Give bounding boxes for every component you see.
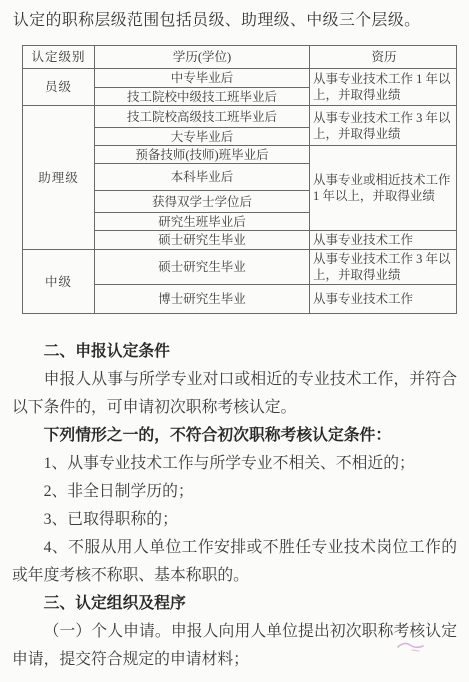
intro-text: 认定的职称层级范围包括员级、助理级、中级三个层级。 [13, 10, 455, 32]
table-row: 助理级 技工院校高级技工班毕业后 从事专业技术工作 3 年以上，并取得业绩 [23, 106, 457, 128]
paragraph-eligibility: 申报人从事与所学专业对口或相近的专业技术工作，并符合以下条件的，可申请初次职称考… [12, 366, 457, 422]
paragraph-individual-application: （一）个人申请。申报人向用人单位提出初次职称考核认定申请，提交符合规定的申请材料… [12, 618, 457, 674]
exp-cell: 从事专业技术工作 1 年以上，并取得业绩 [310, 69, 457, 106]
exp-cell: 从事专业技术工作 [310, 285, 457, 314]
list-item-3: 3、已取得职称的； [12, 506, 457, 534]
exp-cell: 从事专业技术工作 3 年以上，并取得业绩 [310, 250, 457, 285]
edu-cell: 硕士研究生毕业 [95, 231, 310, 250]
level-cell-assistant: 助理级 [23, 106, 95, 250]
edu-cell: 研究生班毕业后 [95, 213, 310, 231]
table-row: 中级 硕士研究生毕业 从事专业技术工作 3 年以上，并取得业绩 [23, 250, 457, 285]
header-cell-education: 学历(学位) [95, 46, 310, 69]
qualification-table: 认定级别 学历(学位) 资历 员级 中专毕业后 从事专业技术工作 1 年以上，并… [22, 45, 457, 314]
list-item-4: 4、不服从用人单位工作安排或不胜任专业技术岗位工作的或年度考核不称职、基本称职的… [12, 534, 457, 590]
level-cell-intermediate: 中级 [23, 250, 95, 314]
list-item-1: 1、从事专业技术工作与所学专业不相关、不相近的； [12, 450, 457, 478]
heading-section-2: 二、申报认定条件 [12, 338, 457, 366]
edu-cell: 中专毕业后 [95, 69, 310, 88]
list-item-2: 2、非全日制学历的； [12, 478, 457, 506]
edu-cell: 大专毕业后 [95, 128, 310, 146]
heading-disqualification: 下列情形之一的，不符合初次职称考核认定条件： [12, 422, 457, 450]
table-header-row: 认定级别 学历(学位) 资历 [23, 46, 457, 69]
edu-cell: 技工院校中级技工班毕业后 [95, 88, 310, 106]
level-cell-staff: 员级 [23, 69, 95, 106]
body-text-block: 二、申报认定条件 申报人从事与所学专业对口或相近的专业技术工作，并符合以下条件的… [12, 338, 457, 674]
document-page: 认定的职称层级范围包括员级、助理级、中级三个层级。 认定级别 学历(学位) 资历… [0, 0, 469, 682]
header-cell-level: 认定级别 [23, 46, 95, 69]
edu-cell: 本科毕业后 [95, 164, 310, 191]
exp-cell: 从事专业或相近技术工作 1 年以上，并取得业绩 [310, 146, 457, 231]
edu-cell: 获得双学士学位后 [95, 191, 310, 213]
heading-section-3: 三、认定组织及程序 [12, 590, 457, 618]
header-cell-experience: 资历 [310, 46, 457, 69]
edu-cell: 博士研究生毕业 [95, 285, 310, 314]
edu-cell: 技工院校高级技工班毕业后 [95, 106, 310, 128]
exp-cell: 从事专业技术工作 [310, 231, 457, 250]
edu-cell: 硕士研究生毕业 [95, 250, 310, 285]
table-row: 员级 中专毕业后 从事专业技术工作 1 年以上，并取得业绩 [23, 69, 457, 88]
edu-cell: 预备技师(技师)班毕业后 [95, 146, 310, 164]
exp-cell: 从事专业技术工作 3 年以上，并取得业绩 [310, 106, 457, 146]
